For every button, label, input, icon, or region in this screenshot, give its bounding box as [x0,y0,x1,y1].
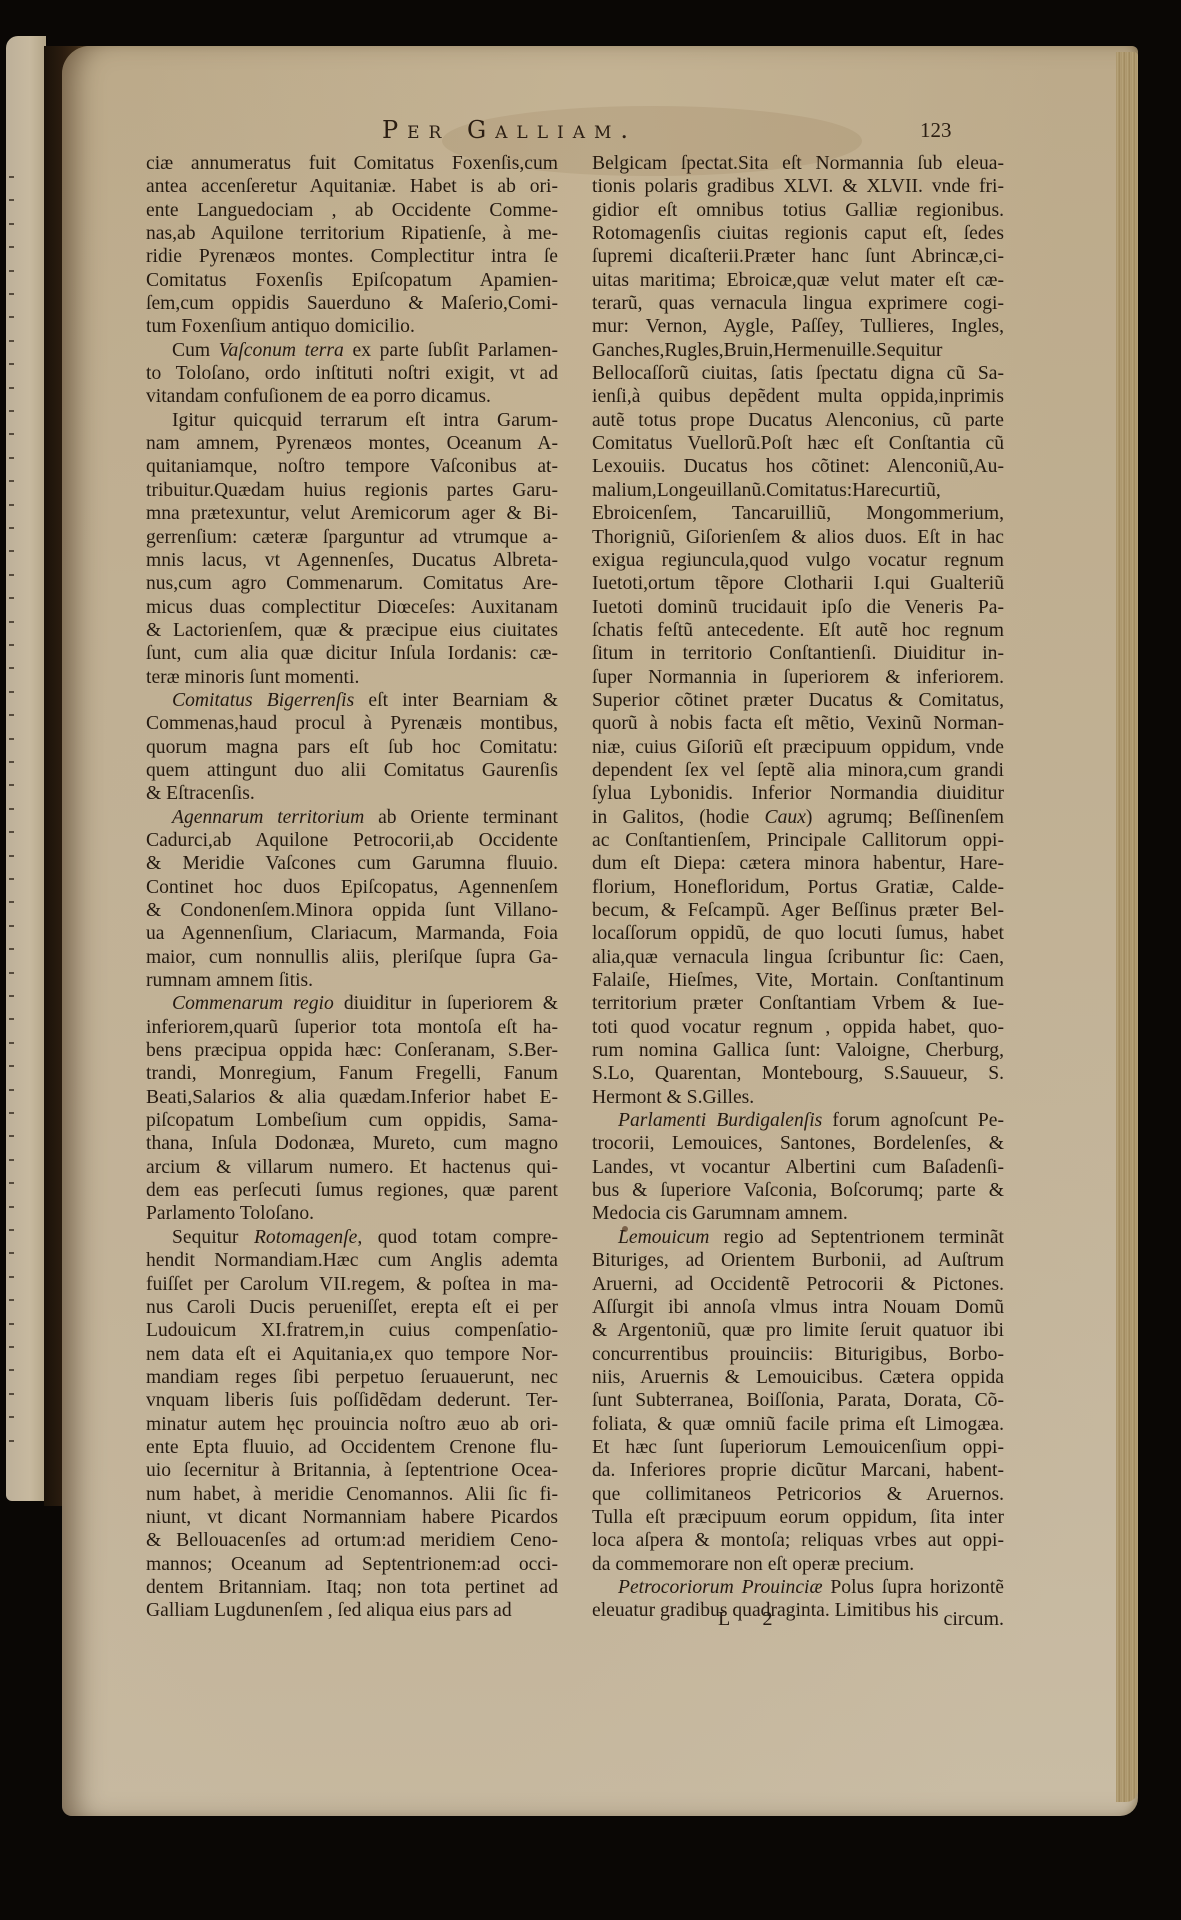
verso-text-mark [9,457,14,459]
verso-text-mark [9,199,14,201]
italic-term: Commenarum regio [172,993,334,1014]
text-line: Continet hoc duos Epiſcopatus, Agennenſe… [146,876,558,899]
verso-text-mark [9,831,14,833]
italic-term: Lemouicum [618,1227,709,1248]
text-line: Ganches,Rugles,Bruin,Hermenuille.Sequitu… [592,339,1004,362]
text-line: vitandam confuſionem de ea porro dicamus… [146,385,558,408]
verso-text-mark [9,995,14,997]
text-line: Iuetoti,ortum tẽpore Clotharii I.qui Gua… [592,572,1004,595]
text-line: micus duas complectitur Diœceſes: Auxita… [146,596,558,619]
text-line: Thorigniũ, Giſorienſem & alios duos. Eſt… [592,526,1004,549]
text-line: niis, Aruernis & Lemouicibus. Cætera opp… [592,1366,1004,1389]
text-line: ente Languedociam , ab Occidente Comme- [146,199,558,222]
text-line: & Lactorienſem, quæ & præcipue eius ciui… [146,619,558,642]
text-line: & Condonenſem.Minora oppida ſunt Villano… [146,899,558,922]
verso-text-mark [9,1229,14,1231]
text-line: ienſi,à quibus depẽdent multa oppida,inp… [592,385,1004,408]
text-line: Bellocaſſorũ ciuitas, ſatis ſpectatu dig… [592,362,1004,385]
text-line: uitas maritima; Ebroicæ,quæ velut mater … [592,269,1004,292]
text-line: Cadurci,ab Aquilone Petrocorii,ab Occide… [146,829,558,852]
text-line: Landes, vt vocantur Albertini cum Baſade… [592,1156,1004,1179]
verso-text-mark [9,550,14,552]
text-line: Iuetoti dominũ trucidauit ipſo die Vener… [592,596,1004,619]
verso-text-mark [9,855,14,857]
verso-text-mark [9,1206,14,1208]
text-line: foliata, & quæ omniũ facile prima eſt Li… [592,1413,1004,1436]
text-line: S.Lo, Quarentan, Montebourg, S.Sauueur, … [592,1062,1004,1085]
verso-text-mark [9,691,14,693]
text-line: ſitum in territorio Conſtantienſi. Diuid… [592,642,1004,665]
verso-text-mark [9,527,14,529]
verso-text-mark [9,1135,14,1137]
text-line: Comitatus Vuellorũ.Poſt hæc eſt Conſtant… [592,432,1004,455]
text-line: Superior cõtinet præter Ducatus & Comita… [592,689,1004,712]
verso-text-mark [9,784,14,786]
verso-text-mark [9,1042,14,1044]
text-line: dependent ſex vel ſeptẽ alia minora,cum … [592,759,1004,782]
text-line: fuiſſet per Carolum VII.regem, & poſtea … [146,1273,558,1296]
text-line: nus Caroli Ducis perueniſſet, erepta eſt… [146,1296,558,1319]
text-line: Aſſurgit ibi annoſa vlmus intra Nouam Do… [592,1296,1004,1319]
verso-text-mark [9,340,14,342]
verso-text-mark [9,176,14,178]
verso-text-mark [9,1089,14,1091]
text-line: hendit Normandiam.Hæc cum Anglis ademta [146,1249,558,1272]
text-line: territorium præter Conſtantiam Vrbem & I… [592,992,1004,1015]
text-line: Ludouicum XI.fratrem,in cuius compenſati… [146,1319,558,1342]
verso-text-mark [9,1159,14,1161]
page-header: Per Galliam. 123 [62,116,1138,156]
verso-page-edge [6,36,46,1501]
verso-text-mark [9,504,14,506]
text-line: Sequitur Rotomagenſe, quod totam compre- [146,1226,558,1249]
text-line: mnis lacus, vt Agennenſes, Ducatus Albre… [146,549,558,572]
text-line: tionis polaris gradibus XLVI. & XLVII. v… [592,175,1004,198]
text-line: Ebroicenſem, Tancaruilliũ, Mongommerium, [592,502,1004,525]
verso-text-mark [9,1252,14,1254]
verso-text-mark [9,1323,14,1325]
verso-text-mark [9,644,14,646]
text-line: Cum Vaſconum terra ex parte ſubſit Parla… [146,339,558,362]
text-line: florium, Honefloridum, Portus Gratiæ, Ca… [592,876,1004,899]
text-line: & Argentoniũ, quæ pro limite ſeruit quat… [592,1319,1004,1342]
verso-text-mark [9,293,14,295]
text-line: & Meridie Vaſcones cum Garumna fluuio. [146,852,558,875]
paragraph: Lemouicum regio ad Septentrionem terminã… [592,1226,1004,1576]
text-line: ſchatis feſtũ antecedente. Eſt autẽ hoc … [592,619,1004,642]
text-line: rumnam amnem ſitis. [146,969,558,992]
text-line: niæ, cuius Giſoriũ eſt præcipuum oppidum… [592,736,1004,759]
text-line: nus,cum agro Commenarum. Comitatus Are- [146,572,558,595]
text-line: ſunt, cum alia quæ dicitur Inſula Iordan… [146,642,558,665]
italic-term: Petrocoriorum Prouinciæ [618,1577,823,1598]
verso-text-mark [9,714,14,716]
text-line: teræ minoris ſunt momenti. [146,666,558,689]
paragraph: ciæ annumeratus fuit Comitatus Foxenſis,… [146,152,558,339]
text-line: ſupremi dicaſterii.Præter hanc ſunt Abri… [592,245,1004,268]
italic-term: Agennarum territorium [172,807,364,828]
text-line: gerrenſium: cæteræ ſparguntur ad vtrumqu… [146,526,558,549]
text-line: toti quod vocatur regnum , oppida habet,… [592,1016,1004,1039]
text-line: Comitatus Bigerrenſis eſt inter Bearniam… [146,689,558,712]
text-line: Et hæc ſunt ſuperiorum Lemouicenſium opp… [592,1436,1004,1459]
text-line: Medocia cis Garumnam amnem. [592,1202,1004,1225]
verso-text-mark [9,1416,14,1418]
text-line: ſylua Lybonidis. Inferior Normandia diui… [592,782,1004,805]
text-line: tribuitur.Quædam huius regionis partes G… [146,479,558,502]
text-line: Belgicam ſpectat.Sita eſt Normannia ſub … [592,152,1004,175]
italic-term: Parlamenti Burdigalenſis [618,1110,822,1131]
verso-text-mark [9,808,14,810]
verso-text-mark [9,1276,14,1278]
text-line: quorum magna pars eſt ſub hoc Comitatu: [146,736,558,759]
text-line: locaſſorum oppidũ, de quo locuti ſumus, … [592,922,1004,945]
verso-text-mark [9,1440,14,1442]
text-line: Aruerni, ad Occidentẽ Petrocorii & Picto… [592,1273,1004,1296]
text-line: uio ſecernitur à Britannia, à ſeptentrio… [146,1459,558,1482]
text-line: quitaniamque, noſtro tempore Vaſconibus … [146,455,558,478]
text-line: nem data eſt ei Aquitania,ex quo tempore… [146,1343,558,1366]
text-line: & Eſtracenſis. [146,782,558,805]
text-line: ſuper Normannia in ſuperiorem & inferior… [592,666,1004,689]
verso-text-mark [9,1112,14,1114]
verso-text-mark [9,480,14,482]
text-line: thana, Inſula Dodonæa, Mureto, cum magno [146,1132,558,1155]
paragraph: Sequitur Rotomagenſe, quod totam compre-… [146,1226,558,1623]
text-line: Parlamento Toloſano. [146,1202,558,1225]
paragraph: Comitatus Bigerrenſis eſt inter Bearniam… [146,689,558,806]
text-line: da commemorare non eſt operæ precium. [592,1553,1004,1576]
book-scan: Per Galliam. 123 ciæ annumeratus fuit Co… [0,0,1181,1920]
text-line: ridie Pyrenæos montes. Complectitur intr… [146,245,558,268]
text-line: Tulla eſt præcipuum eorum oppidum, ſita … [592,1506,1004,1529]
text-line: becum, & Feſcampũ. Ager Beſſinus præter … [592,899,1004,922]
text-line: ſem,cum oppidis Sauerduno & Maſerio,Comi… [146,292,558,315]
text-line: bens præcipua oppida hæc: Conſeranam, S.… [146,1039,558,1062]
text-line: num habet, à meridie Cenomannos. Alii ſi… [146,1483,558,1506]
signature-mark: L 2 [718,1608,786,1631]
text-line: Petrocoriorum Prouinciæ Polus ſupra hori… [592,1576,1004,1599]
italic-term: Rotomagenſe [254,1227,357,1248]
text-line: ente Epta fluuio, ad Occidentem Crenone … [146,1436,558,1459]
text-line: Commenas,haud procul à Pyrenæis montibus… [146,712,558,735]
verso-text-mark [9,223,14,225]
text-line: Commenarum regio diuiditur in ſuperiorem… [146,992,558,1015]
text-line: antea accenſeretur Aquitaniæ. Habet is a… [146,175,558,198]
paragraph: Parlamenti Burdigalenſis forum agnoſcunt… [592,1109,1004,1226]
text-line: mannos; Oceanum ad Septentrionem:ad occi… [146,1553,558,1576]
text-line: dentem Britanniam. Itaq; non tota pertin… [146,1576,558,1599]
italic-term: Vaſconum terra [219,340,344,361]
text-line: Rotomagenſis ciuitas regionis caput eſt,… [592,222,1004,245]
text-line: mur: Vernon, Aygle, Paſſey, Tullieres, I… [592,315,1004,338]
text-line: nas,ab Aquilone territorium Ripatienſe, … [146,222,558,245]
text-line: que collimitaneos Petricorios & Aruernos… [592,1483,1004,1506]
text-line: da. Inferiores proprie dicũtur Marcani, … [592,1459,1004,1482]
text-line: Comitatus Foxenſis Epiſcopatum Apamien- [146,269,558,292]
running-head: Per Galliam. [382,116,637,144]
paragraph: Agennarum territorium ab Oriente termina… [146,806,558,993]
verso-text-mark [9,1346,14,1348]
fore-edge [1116,52,1138,1802]
verso-text-mark [9,316,14,318]
verso-text-mark [9,410,14,412]
text-line: quorũ à nobis facta eſt mẽtio, Vexinũ No… [592,712,1004,735]
text-line: mandiam reges ſibi perpetuo ſeruauerunt,… [146,1366,558,1389]
paragraph: Commenarum regio diuiditur in ſuperiorem… [146,992,558,1225]
text-line: alia,quæ vernacula lingua ſcribuntur ſic… [592,946,1004,969]
verso-text-mark [9,1018,14,1020]
text-line: ciæ annumeratus fuit Comitatus Foxenſis,… [146,152,558,175]
text-columns: ciæ annumeratus fuit Comitatus Foxenſis,… [146,152,1004,1623]
text-line: ac Conſtantienſem, Principale Callitorum… [592,829,1004,852]
verso-text-mark [9,1299,14,1301]
text-line: mna prætexuntur, velut Aremicorum ager &… [146,502,558,525]
text-line: vnquam liberis ſuis poſſidẽdam dederunt.… [146,1389,558,1412]
verso-text-mark [9,1369,14,1371]
verso-text-mark [9,761,14,763]
verso-text-mark [9,621,14,623]
paragraph: Cum Vaſconum terra ex parte ſubſit Parla… [146,339,558,409]
text-line: Falaiſe, Hieſmes, Vite, Mortain. Conſtan… [592,969,1004,992]
text-line: dum eſt Diepa: cætera minora habentur, H… [592,852,1004,875]
text-line: ſunt Subterranea, Boiſſonia, Parata, Dor… [592,1389,1004,1412]
text-line: ua Agennenſium, Clariacum, Marmanda, Foi… [146,922,558,945]
verso-text-mark [9,363,14,365]
text-line: dem eas perſecuti ſumus regiones, quæ pa… [146,1179,558,1202]
text-line: Hermont & S.Gilles. [592,1086,1004,1109]
verso-text-mark [9,1182,14,1184]
text-line: gidior eſt omnibus totius Galliæ regioni… [592,199,1004,222]
text-line: in Galitos, (hodie Caux) agrumq; Beſſine… [592,806,1004,829]
italic-term: Comitatus Bigerrenſis [172,690,354,711]
right-column: Belgicam ſpectat.Sita eſt Normannia ſub … [592,152,1004,1623]
text-line: minatur autem hęc prouincia noſtro æuo a… [146,1413,558,1436]
text-line: Parlamenti Burdigalenſis forum agnoſcunt… [592,1109,1004,1132]
text-line: inferiorem,quarũ ſuperior tota montoſa e… [146,1016,558,1039]
text-line: Lexouiis. Ducatus hos cõtinet: Alenconiũ… [592,455,1004,478]
verso-text-mark [9,878,14,880]
text-line: Lemouicum regio ad Septentrionem terminã… [592,1226,1004,1249]
text-line: to Toloſano, ordo inſtituti noſtri exigi… [146,362,558,385]
text-line: exigua regiuncula,quod vulgo vocatur reg… [592,549,1004,572]
text-line: maior, cum nonnullis aliis, pleriſque ſu… [146,946,558,969]
text-line: rum nomina Gallica ſunt: Valoigne, Cherb… [592,1039,1004,1062]
catchword: circum. [943,1608,1004,1631]
text-line: Galliam Lugdunenſem , ſed aliqua eius pa… [146,1599,558,1622]
text-line: trandi, Monregium, Fanum Fregelli, Fanum [146,1062,558,1085]
text-line: bus & ſuperiore Vaſconia, Boſcorumq; par… [592,1179,1004,1202]
verso-text-mark [9,597,14,599]
verso-text-mark [9,925,14,927]
paragraph: Igitur quicquid terrarum eſt intra Garum… [146,409,558,689]
text-line: autẽ totus prope Ducatus Alenconius, cũ … [592,409,1004,432]
text-line: Bituriges, ad Orientem Burbonii, ad Auſt… [592,1249,1004,1272]
verso-text-mark [9,270,14,272]
verso-text-mark [9,738,14,740]
left-column: ciæ annumeratus fuit Comitatus Foxenſis,… [146,152,558,1623]
verso-text-mark [9,972,14,974]
text-line: tum Foxenſium antiquo domicilio. [146,315,558,338]
verso-text-mark [9,246,14,248]
page-footer: L 2 circum. [588,1608,1004,1634]
verso-text-mark [9,667,14,669]
text-line: Beati,Salarios & alia quædam.Inferior ha… [146,1086,558,1109]
verso-text-mark [9,901,14,903]
text-line: nam amnem, Pyrenæos montes, Oceanum A- [146,432,558,455]
italic-term: Caux [765,807,806,828]
verso-text-mark [9,387,14,389]
text-line: trocorii, Lemouices, Santones, Bordelenſ… [592,1132,1004,1155]
text-line: piſcopatum Lombeſium cum oppidis, Sama- [146,1109,558,1132]
text-line: malium,Longeuillanũ.Comitatus:Harecurtiũ… [592,479,1004,502]
verso-text-mark [9,574,14,576]
verso-text-mark [9,433,14,435]
text-line: loca aſpera & montoſa; reliquas vrbes au… [592,1529,1004,1552]
text-line: Igitur quicquid terrarum eſt intra Garum… [146,409,558,432]
verso-text-mark [9,1065,14,1067]
text-line: niunt, vt dicant Normanniam habere Picar… [146,1506,558,1529]
text-line: terarũ, quas vernacula lingua exprimere … [592,292,1004,315]
text-line: arcium & villarum numero. Et hactenus qu… [146,1156,558,1179]
paragraph: Belgicam ſpectat.Sita eſt Normannia ſub … [592,152,1004,1109]
recto-page: Per Galliam. 123 ciæ annumeratus fuit Co… [62,46,1138,1816]
text-line: concurrentibus prouinciis: Biturigibus, … [592,1343,1004,1366]
page-number: 123 [920,118,952,143]
verso-text-mark [9,1393,14,1395]
text-line: quem attingunt duo alii Comitatus Gauren… [146,759,558,782]
verso-text-mark [9,948,14,950]
text-line: & Bellouacenſes ad ortum:ad meridiem Cen… [146,1529,558,1552]
text-line: Agennarum territorium ab Oriente termina… [146,806,558,829]
